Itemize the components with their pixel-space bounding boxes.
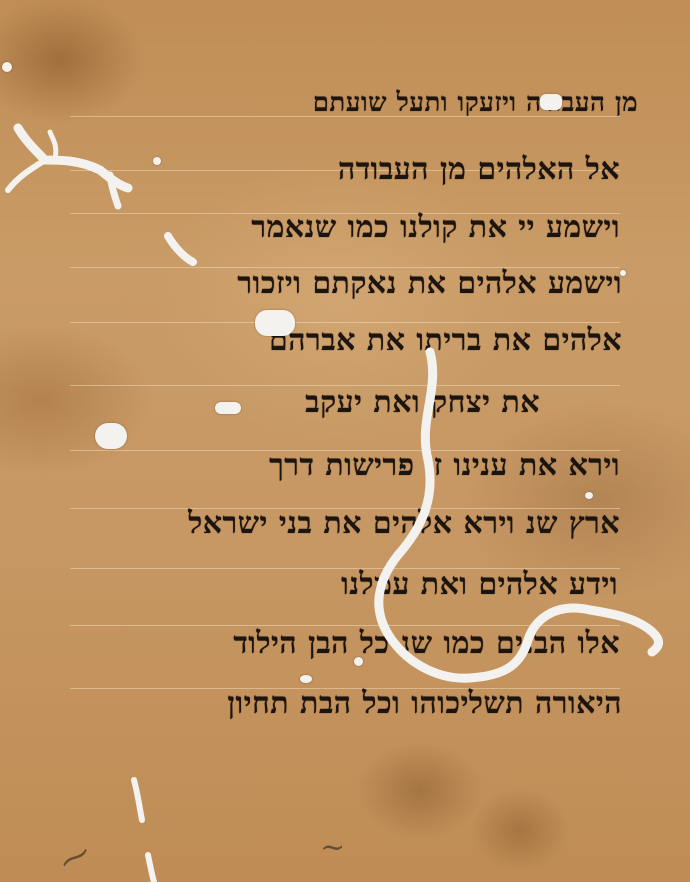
damage-blot <box>95 423 127 449</box>
faint-marginal-marks: ~ <box>320 830 345 865</box>
manuscript-page: מן העבודה ויזעקו ותעל שועתם אל האלהים מן… <box>0 0 690 882</box>
damage-blot <box>215 402 241 414</box>
damage-blot <box>620 270 626 276</box>
damage-blot <box>2 62 12 72</box>
damage-blot <box>153 157 161 165</box>
damage-blot <box>354 657 363 666</box>
damage-blot <box>300 675 312 683</box>
damage-blot <box>255 310 295 336</box>
damage-blot <box>540 94 562 110</box>
damage-blot <box>585 492 593 499</box>
